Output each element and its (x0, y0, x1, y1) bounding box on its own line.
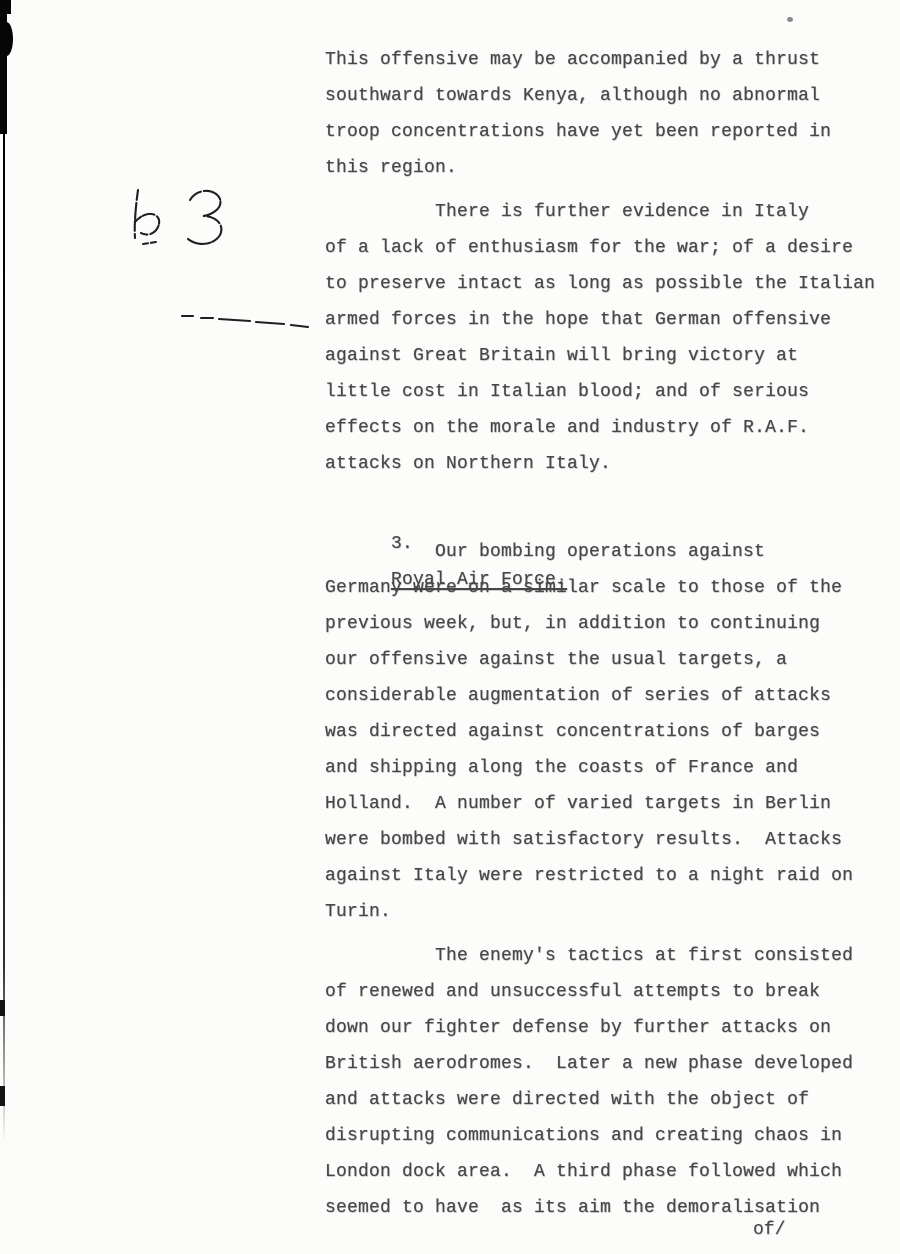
text-line: effects on the morale and industry of R.… (325, 410, 885, 446)
text-line: armed forces in the hope that German off… (325, 302, 885, 338)
text-line: against Italy were restricted to a night… (325, 858, 885, 894)
text-line: of a lack of enthusiasm for the war; of … (325, 230, 885, 266)
scan-edge-artifact (7, 0, 11, 14)
text-line: and attacks were directed with the objec… (325, 1082, 885, 1118)
text-line: was directed against concentrations of b… (325, 714, 885, 750)
scanned-document-page: This offensive may be accompanied by a t… (0, 0, 900, 1254)
handwritten-mark-icon (112, 182, 262, 262)
text-line: This offensive may be accompanied by a t… (325, 42, 885, 78)
text-line: troop concentrations have yet been repor… (325, 114, 885, 150)
text-line: considerable augmentation of series of a… (325, 678, 885, 714)
text-line: against Great Britain will bring victory… (325, 338, 885, 374)
scan-edge-artifact (0, 1000, 5, 1016)
text-line: down our fighter defense by further atta… (325, 1010, 885, 1046)
text-line: to preserve intact as long as possible t… (325, 266, 885, 302)
scan-speck (787, 17, 793, 22)
text-line: were bombed with satisfactory results. A… (325, 822, 885, 858)
scan-edge-artifact (3, 132, 5, 1144)
text-line: Germany were on a similar scale to those… (325, 570, 885, 606)
text-line: There is further evidence in Italy (325, 194, 885, 230)
scan-edge-artifact (0, 22, 13, 56)
text-line: attacks on Northern Italy. (325, 446, 885, 482)
text-line: disrupting communications and creating c… (325, 1118, 885, 1154)
text-line: The enemy's tactics at first consisted (325, 938, 885, 974)
text-line: of renewed and unsuccessful attempts to … (325, 974, 885, 1010)
scan-edge-artifact (0, 1086, 5, 1106)
text-line: Holland. A number of varied targets in B… (325, 786, 885, 822)
text-line: London dock area. A third phase followed… (325, 1154, 885, 1190)
text-line: this region. (325, 150, 885, 186)
catchword: of/ (753, 1216, 785, 1244)
text-line: and shipping along the coasts of France … (325, 750, 885, 786)
text-line: British aerodromes. Later a new phase de… (325, 1046, 885, 1082)
typewritten-text-block: This offensive may be accompanied by a t… (325, 42, 885, 1226)
section-heading: 3. Royal Air Force. (325, 490, 885, 526)
pencil-dash-line (180, 310, 315, 332)
text-line: Turin. (325, 894, 885, 930)
text-line: southward towards Kenya, although no abn… (325, 78, 885, 114)
text-line: our offensive against the usual targets,… (325, 642, 885, 678)
text-line: previous week, but, in addition to conti… (325, 606, 885, 642)
text-line: seemed to have as its aim the demoralisa… (325, 1190, 885, 1226)
scan-edge-artifact (0, 0, 7, 134)
text-line: little cost in Italian blood; and of ser… (325, 374, 885, 410)
